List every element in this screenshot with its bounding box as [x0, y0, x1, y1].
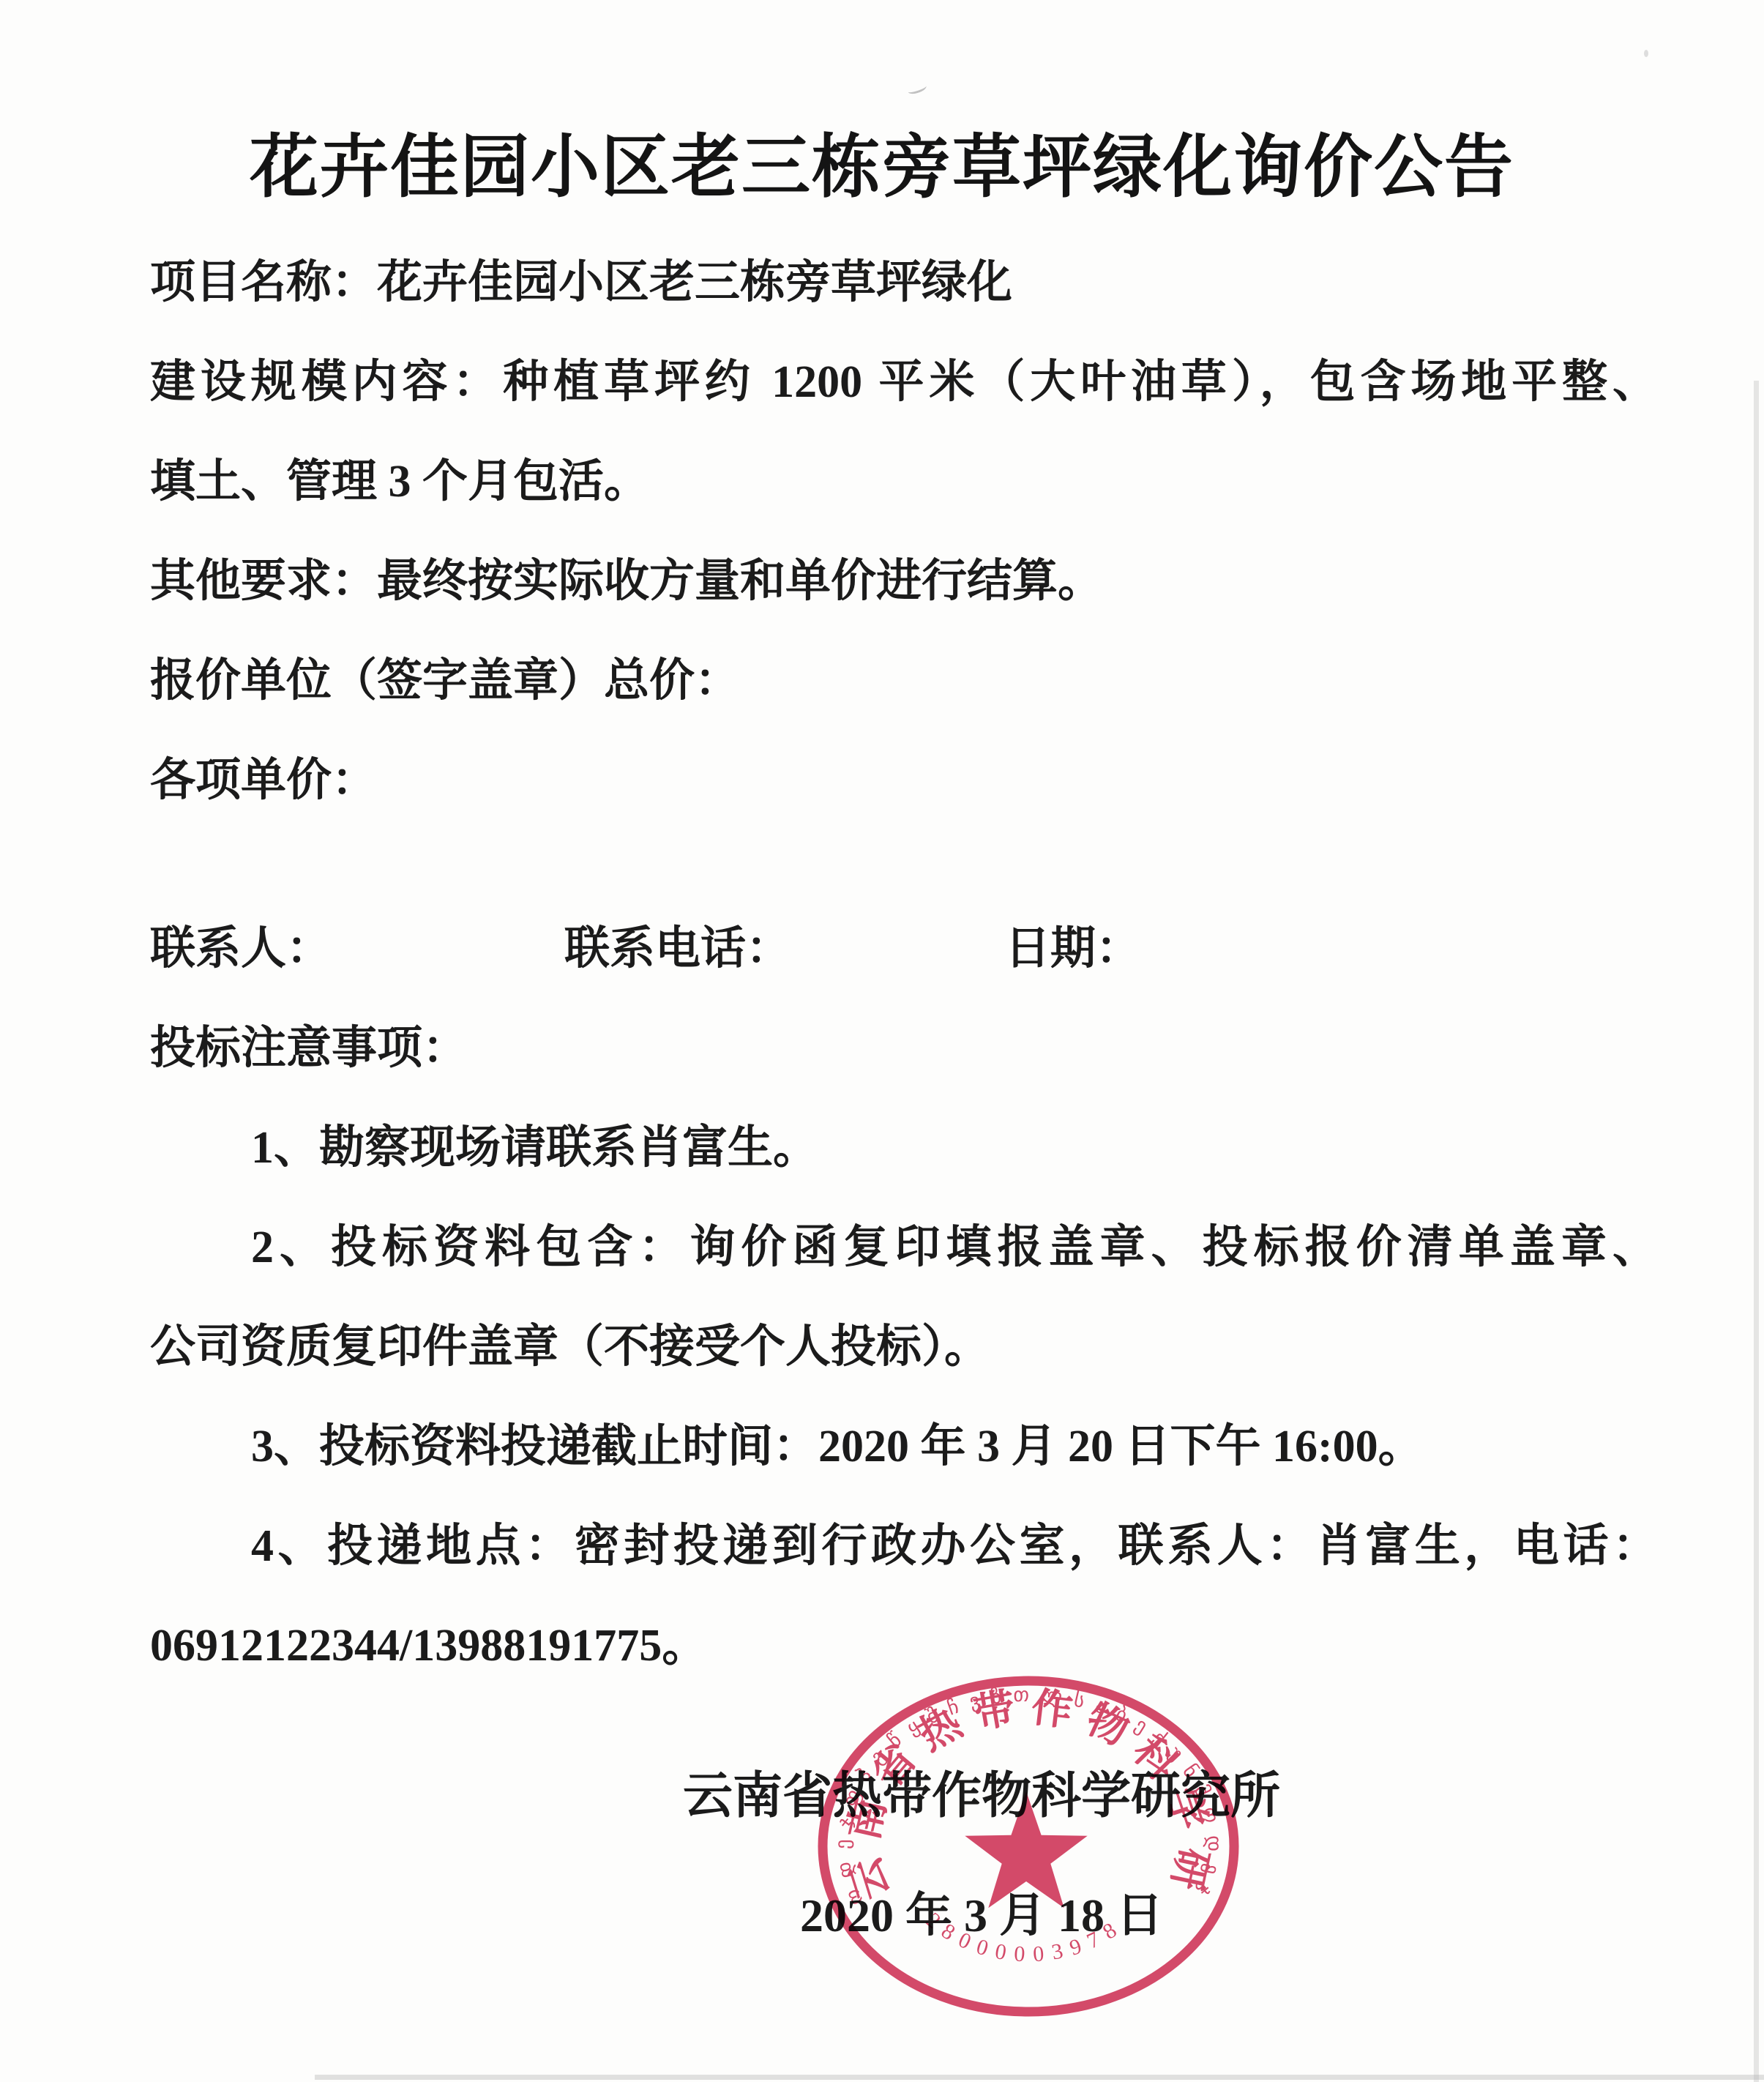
scan-artifact — [907, 82, 927, 95]
contact-row: 联系人：联系电话：日期： — [150, 899, 1662, 999]
line-note-4a: 4、投递地点：密封投递到行政办公室，联系人：肖富生，电话： — [150, 1496, 1658, 1596]
contact-person-label: 联系人： — [150, 924, 332, 974]
page-title: 花卉佳园小区老三栋旁草坪绿化询价公告 — [0, 111, 1764, 210]
line-scope-1: 建设规模内容：种植草坪约 1200 平米（大叶油草），包含场地平整、 — [150, 332, 1658, 432]
line-note-2b: 公司资质复印件盖章（不接受个人投标）。 — [150, 1297, 1662, 1397]
line-unit-prices: 各项单价： — [150, 731, 1662, 830]
line-note-1: 1、勘察现场请联系肖富生。 — [150, 1098, 1662, 1198]
seal-serial-number: 28000003978 — [922, 1908, 1121, 1966]
contact-phone-label: 联系电话： — [564, 924, 791, 974]
official-seal: ოდეჯფჰგწყშჩვზთლსაბექუნმოდეჯფჰგწყ 云南省热带作物… — [809, 1663, 1248, 2029]
contact-date-label: 日期： — [1005, 924, 1141, 974]
line-bid-notes-heading: 投标注意事项： — [150, 999, 1662, 1098]
scan-artifact — [315, 2075, 1764, 2080]
line-project-name: 项目名称：花卉佳园小区老三栋旁草坪绿化 — [150, 233, 1662, 332]
document-body: 项目名称：花卉佳园小区老三栋旁草坪绿化 建设规模内容：种植草坪约 1200 平米… — [150, 233, 1662, 1695]
scan-artifact — [1754, 381, 1759, 2082]
scan-artifact — [1644, 50, 1648, 57]
line-note-2a: 2、投标资料包含：询价函复印填报盖章、投标报价清单盖章、 — [150, 1198, 1658, 1297]
seal-star-icon — [965, 1791, 1087, 1908]
document-page: 花卉佳园小区老三栋旁草坪绿化询价公告 项目名称：花卉佳园小区老三栋旁草坪绿化 建… — [0, 0, 1764, 2082]
line-quote-unit: 报价单位（签字盖章）总价： — [150, 631, 1662, 731]
line-scope-2: 填土、管理 3 个月包活。 — [150, 432, 1662, 531]
line-other-requirements: 其他要求：最终按实际收方量和单价进行结算。 — [150, 531, 1662, 631]
line-note-3: 3、投标资料投递截止时间：2020 年 3 月 20 日下午 16:00。 — [150, 1397, 1662, 1496]
